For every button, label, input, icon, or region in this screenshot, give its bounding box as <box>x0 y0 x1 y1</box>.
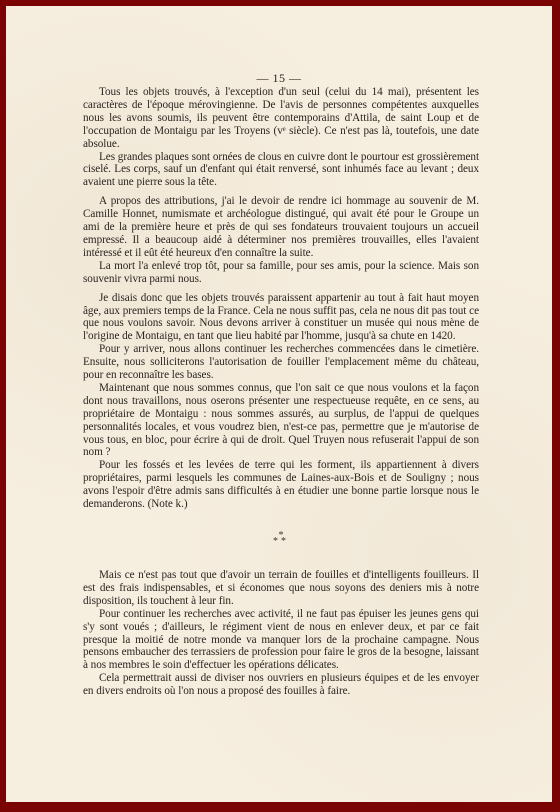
paragraph-1: Tous les objets trouvés, à l'exception d… <box>83 86 479 151</box>
paragraph-10: Pour continuer les recherches avec activ… <box>83 608 479 673</box>
paragraph-7: Maintenant que nous sommes connus, que l… <box>83 382 479 459</box>
page-number: — 15 — <box>6 71 552 86</box>
paragraph-9: Mais ce n'est pas tout que d'avoir un te… <box>83 569 479 608</box>
body-text: Tous les objets trouvés, à l'exception d… <box>83 86 479 698</box>
scanned-page: — 15 — Tous les objets trouvés, à l'exce… <box>6 6 552 802</box>
paragraph-8: Pour les fossés et les levées de terre q… <box>83 459 479 511</box>
paragraph-5: Je disais donc que les objets trouvés pa… <box>83 292 479 344</box>
asterism-bottom: ** <box>83 539 479 545</box>
paragraph-11: Cela permettrait aussi de diviser nos ou… <box>83 672 479 698</box>
paragraph-2: Les grandes plaques sont ornées de clous… <box>83 151 479 190</box>
paragraph-4: La mort l'a enlevé trop tôt, pour sa fam… <box>83 260 479 286</box>
paragraph-3: A propos des attributions, j'ai le devoi… <box>83 195 479 260</box>
paragraph-6: Pour y arriver, nous allons continuer le… <box>83 343 479 382</box>
section-divider-asterism: * ** <box>83 533 479 545</box>
